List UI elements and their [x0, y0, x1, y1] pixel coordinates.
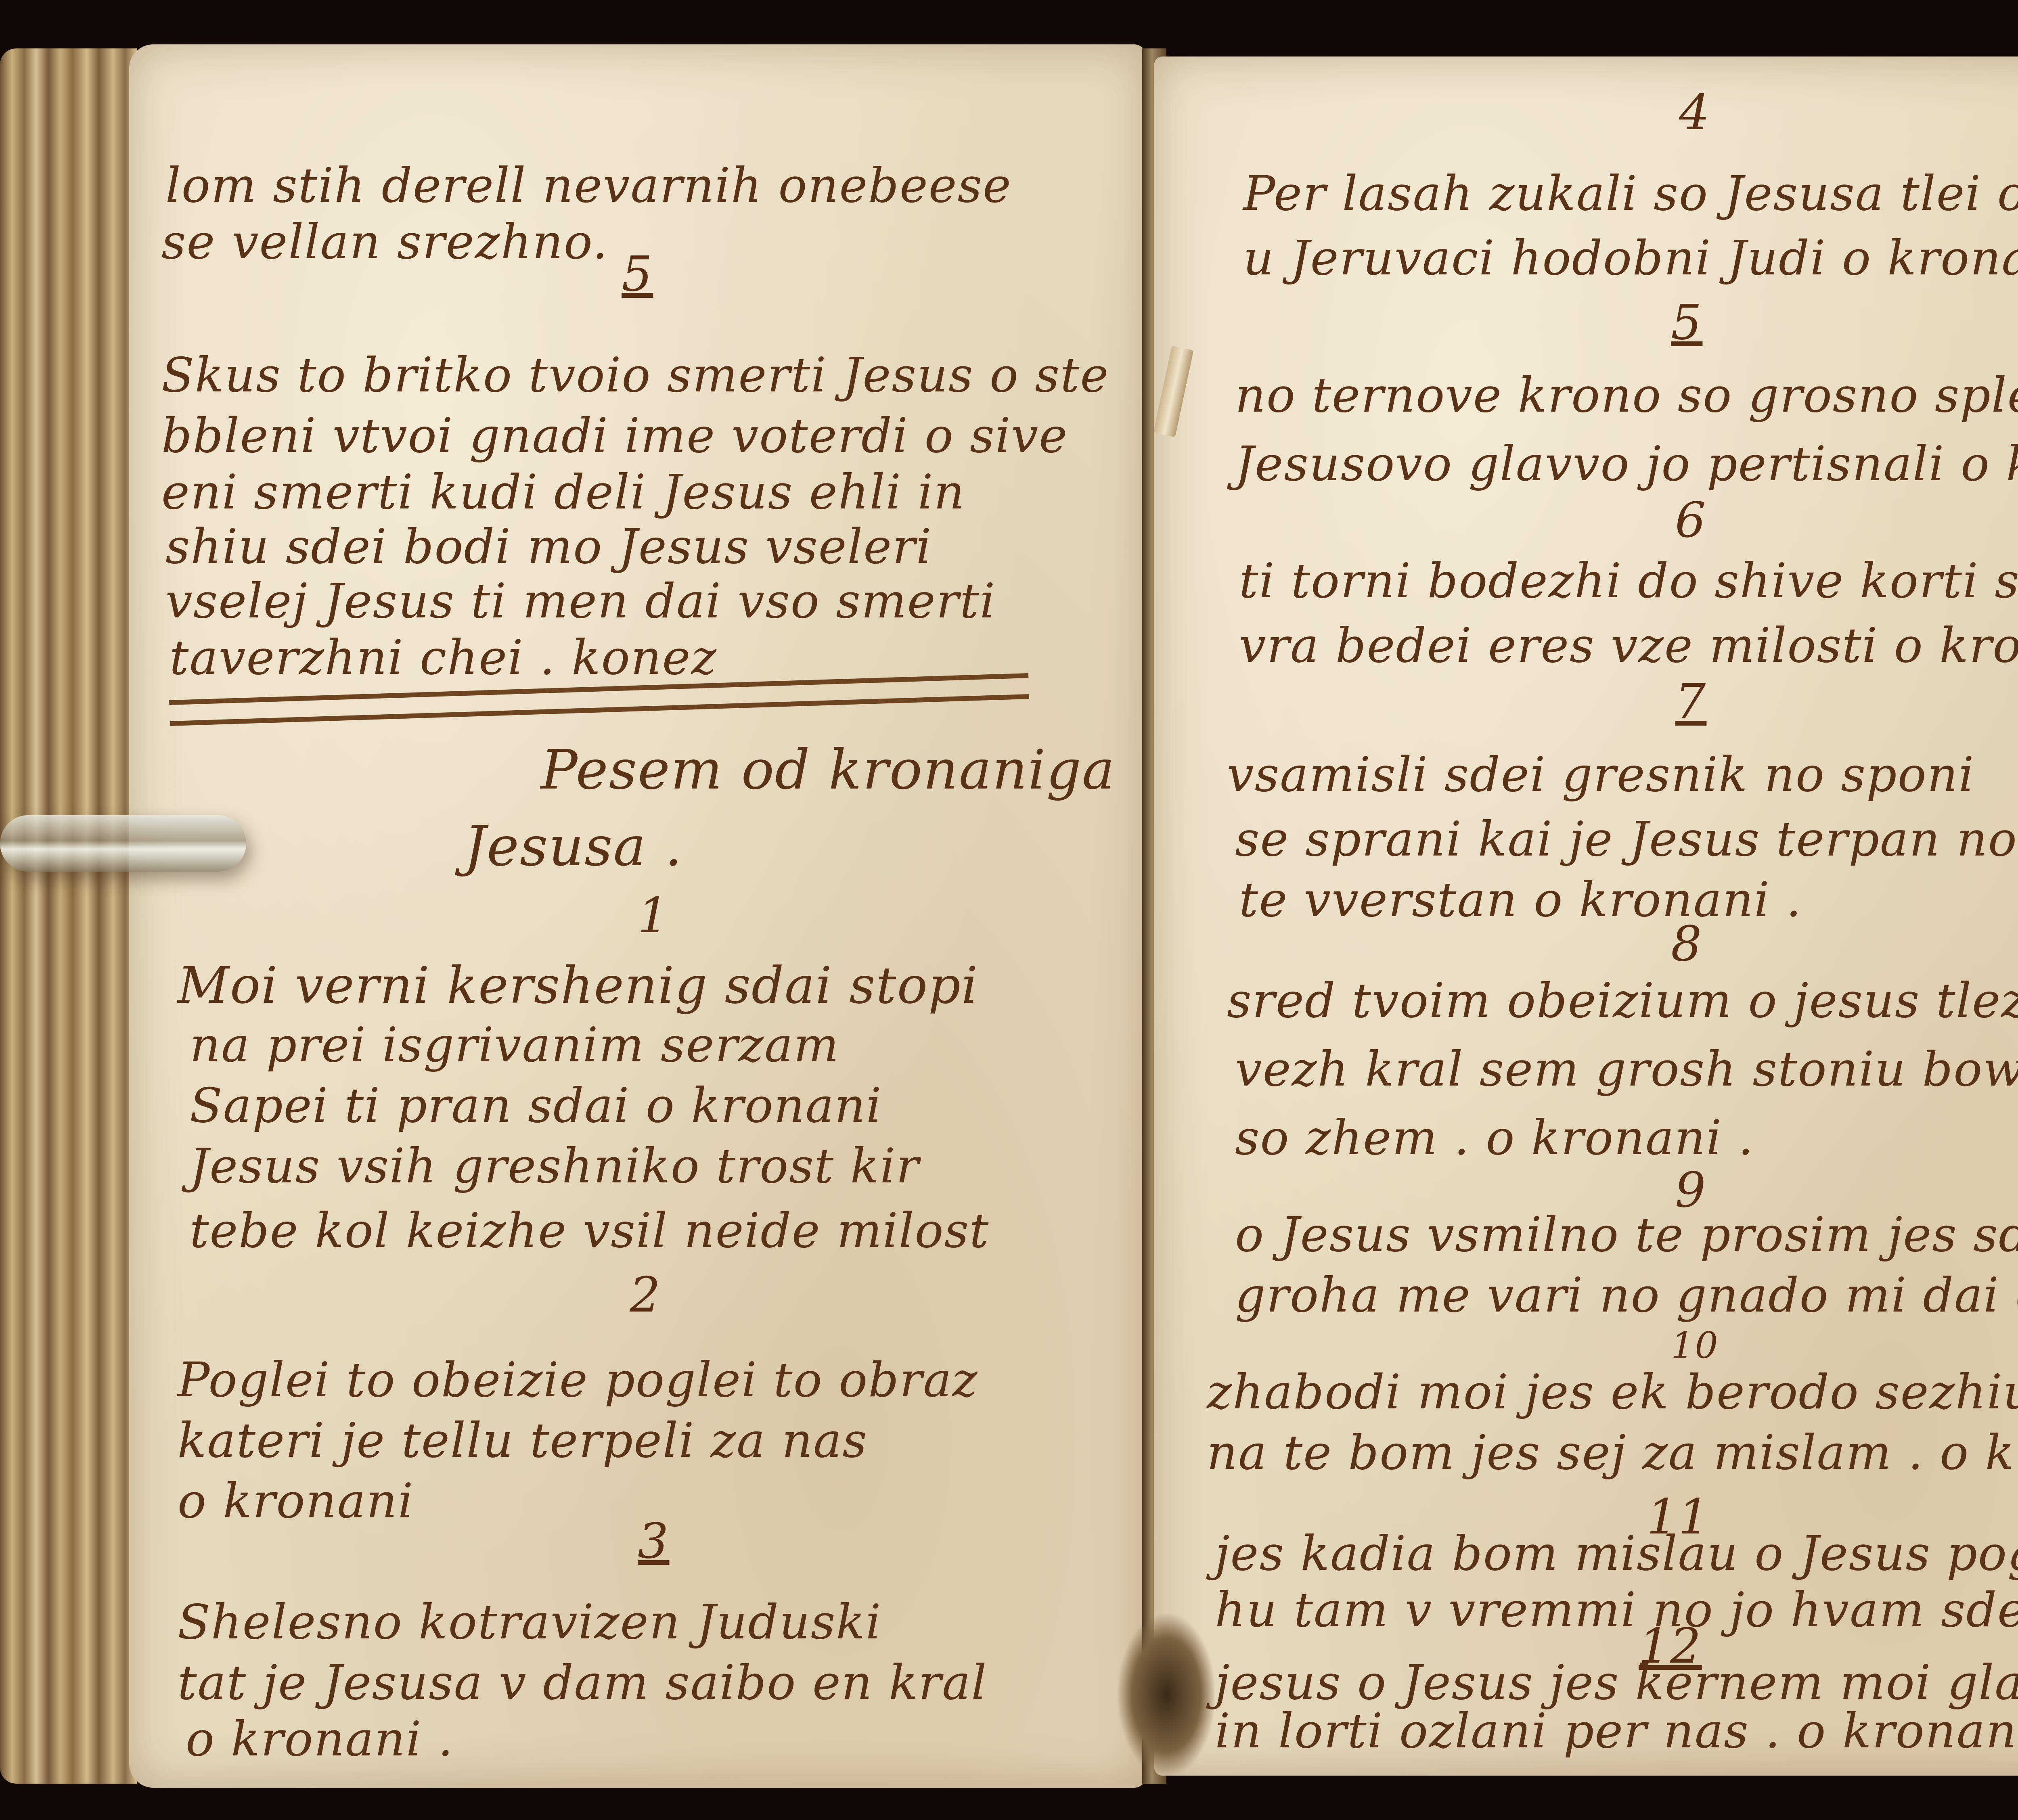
left-line: vselej Jesus ti men dai vso smerti: [165, 577, 996, 625]
right-line: na te bom jes sej za mislam . o kronani …: [1207, 1429, 2018, 1476]
verse-number: 6: [1675, 496, 1706, 545]
right-line: no ternove krono so grosno spleteine: [1235, 371, 2018, 419]
right-line: Per lasah zukali so Jesusa tlei ovobliz: [1243, 169, 2018, 217]
right-line: te vverstan o kronani .: [1239, 876, 1802, 923]
open-manuscript: lom stih derell nevarnih onebeese se vel…: [0, 0, 2018, 1820]
glass-weight-rod: [0, 815, 246, 872]
left-line: lom stih derell nevarnih onebeese: [165, 161, 1012, 209]
right-line: hu tam v vremmi no jo hvam sdei o kronan…: [1215, 1586, 2018, 1634]
left-line: kateri je tellu terpeli za nas: [178, 1416, 868, 1464]
verse-number: 2: [630, 1271, 661, 1320]
left-line: o kronani: [178, 1477, 414, 1525]
left-line: se vellan srezhno.: [161, 218, 608, 266]
verse-number: 7: [1675, 678, 1706, 726]
right-line: u Jeruvaci hodobni Judi o kronani: [1243, 234, 2018, 282]
spine-damage: [1118, 1614, 1215, 1776]
right-line: ti torni bodezhi do shive korti so jeo: [1239, 557, 2018, 605]
verse-number: 10: [1671, 1328, 1719, 1364]
right-line: Jesusovo glavvo jo pertisnali o kronani: [1235, 440, 2018, 487]
right-line: jes kadia bom mislau o Jesus poglei tidu: [1215, 1529, 2018, 1577]
left-line: eni smerti kudi deli Jesus ehli in: [161, 468, 965, 516]
right-line: zhabodi moi jes ek berodo sezhiu o Jesus: [1207, 1368, 2018, 1416]
left-line: shiu sdei bodi mo Jesus vseleri: [165, 523, 932, 570]
verse-number: 5: [622, 250, 653, 299]
left-line: tat je Jesusa v dam saibo en kral: [178, 1659, 987, 1706]
left-line: bbleni vtvoi gnadi ime voterdi o sive: [161, 412, 1068, 459]
left-line: na prei isgrivanim serzam: [190, 1021, 839, 1069]
right-line: vezh kral sem grosh stoniu bowesat: [1235, 1045, 2018, 1093]
verse-number: 8: [1671, 920, 1702, 969]
left-line: o kronani .: [186, 1715, 454, 1763]
right-line: se sprani kai je Jesus terpan no sa: [1235, 815, 2018, 863]
song-title: Pesem od kronaniga: [541, 743, 1115, 797]
right-line: jesus o Jesus jes kernem moi glas nebesk…: [1215, 1659, 2018, 1706]
stacked-page-edges: [0, 48, 137, 1784]
left-line: Shelesno kotravizen Juduski: [178, 1598, 882, 1646]
verse-number: 5: [1671, 299, 1702, 347]
right-line: sred tvoim obeizium o jesus tlezhim: [1227, 977, 2018, 1024]
right-line: groha me vari no gnado mi dai o kronani …: [1235, 1271, 2018, 1319]
right-line: o Jesus vsmilno te prosim jes sdei od: [1235, 1211, 2018, 1258]
left-line: tebe kol keizhe vsil neide milost: [190, 1207, 990, 1254]
right-line: in lorti ozlani per nas . o kronani Jesu…: [1215, 1707, 2018, 1755]
left-line: Skus to britko tvoio smerti Jesus o ste: [161, 351, 1109, 399]
left-line: Jesus vsih greshniko trost kir: [190, 1142, 919, 1190]
left-line: Sapei ti pran sdai o kronani: [190, 1082, 882, 1129]
verse-number: 3: [638, 1517, 669, 1566]
left-line: taverzhni chei . konez: [170, 634, 717, 681]
verse-number: 4: [1679, 89, 1710, 137]
left-line: Moi verni kershenig sdai stopi: [178, 960, 978, 1011]
right-line: vsamisli sdei gresnik no sponi: [1227, 751, 1974, 798]
song-title: Jesusa .: [464, 819, 683, 874]
right-line: so zhem . o kronani .: [1235, 1114, 1754, 1161]
verse-number: 1: [638, 892, 669, 940]
left-line: Poglei to obeizie poglei to obraz: [178, 1356, 978, 1404]
right-line: vra bedei eres vze milosti o kronani: [1239, 621, 2018, 669]
